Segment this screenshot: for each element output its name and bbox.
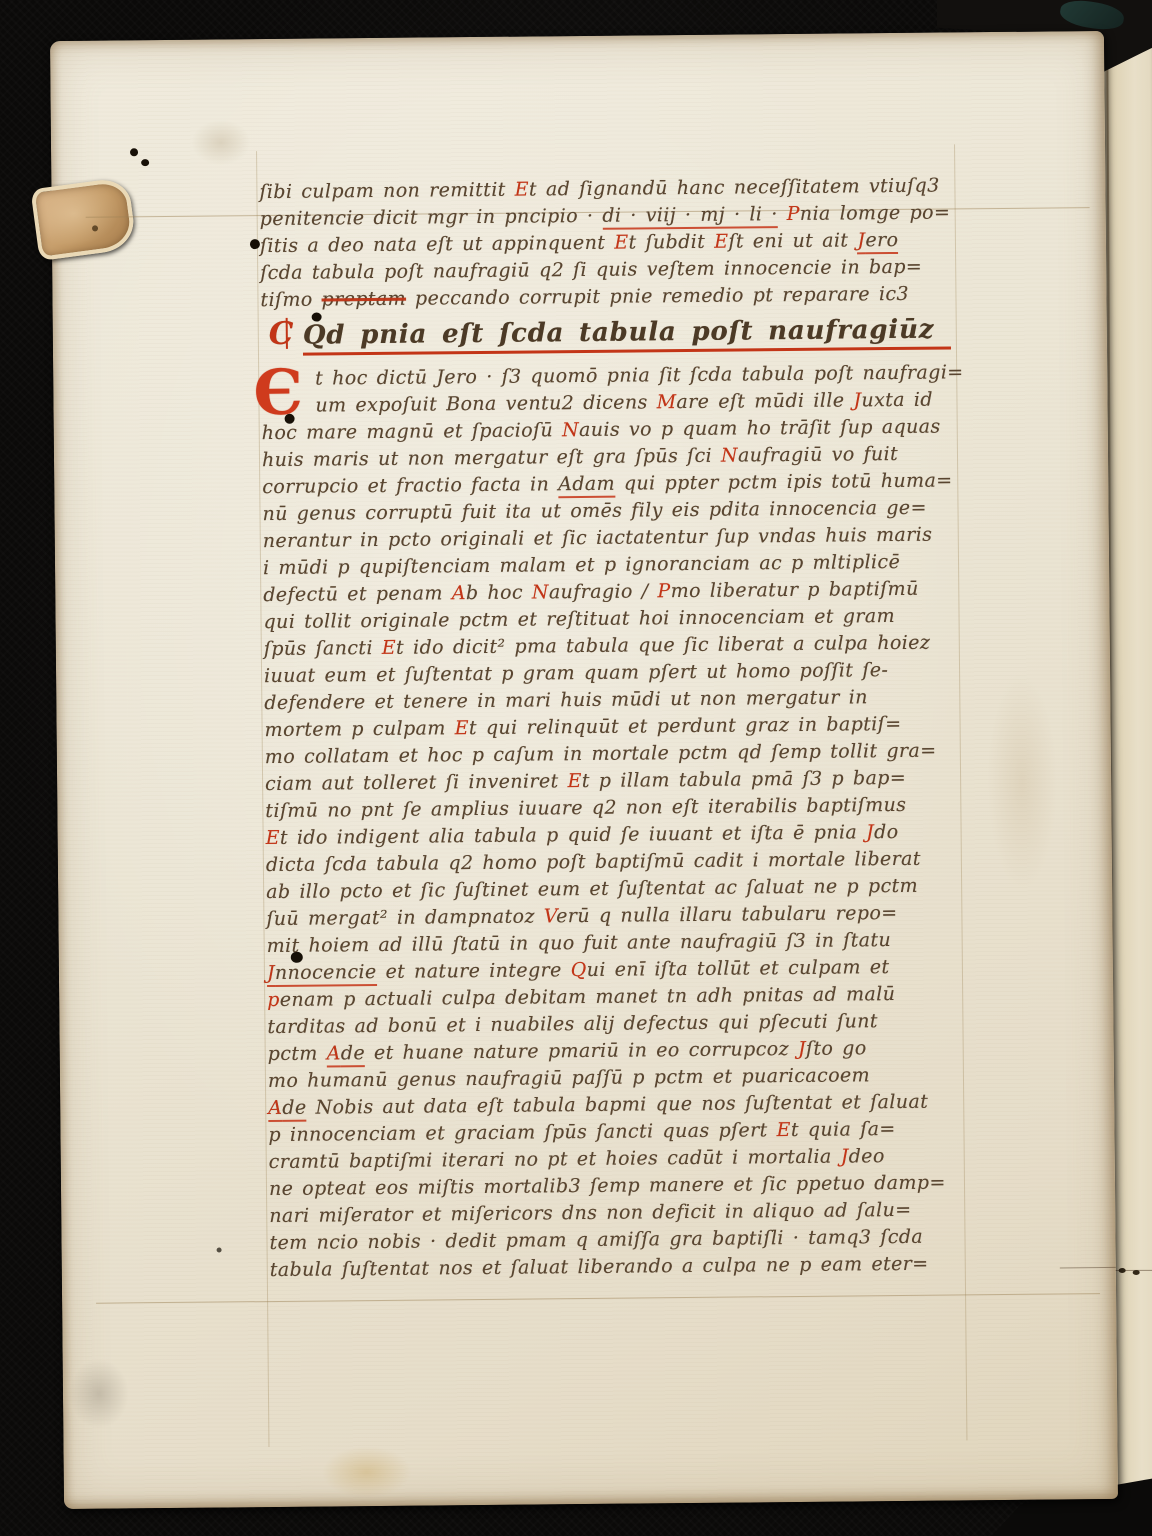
rubricated-segment: A xyxy=(327,1042,341,1067)
manuscript-photo: ſibi culpam non remittit Et ad ſignandū … xyxy=(0,0,1152,1536)
stain xyxy=(321,1446,411,1499)
text-segment: nerantur in pcto originali et ſic iactat… xyxy=(263,524,933,552)
text-segment: penitencie dicit mgr in pncipio · xyxy=(260,205,603,230)
text-segment: t hoc dictū Jero · ſ3 quomō pnia ſit ſcd… xyxy=(315,361,964,389)
text-segment: et huane nature pmariū in eo corrupcoz xyxy=(365,1038,798,1064)
text-segment: aufragio / xyxy=(549,580,658,603)
text-segment: ſcda tabula poſt naufragiū q2 ſi quis ve… xyxy=(260,256,922,284)
text-segment: erū q nulla illaru tabularu repo= xyxy=(556,902,898,927)
text-segment: tabula ſuſtentat nos et ſaluat liberando… xyxy=(270,1253,929,1281)
text-segment: i mūdi p qupiſtenciam malam et p ignoran… xyxy=(263,551,900,579)
rubricated-segment: E xyxy=(777,1119,791,1141)
text-segment: are eſt mūdi ille xyxy=(676,389,853,413)
rubricated-segment: N xyxy=(721,445,738,467)
smudge xyxy=(191,119,251,166)
text-segment: dicta ſcda tabula q2 homo poſt baptiſmū … xyxy=(266,848,921,876)
rubricated-segment: Adam xyxy=(558,473,615,499)
text-segment: qui tollit originale pctm et reſtituat h… xyxy=(263,605,895,633)
text-segment: defendere et tenere in mari huis mūdi ut… xyxy=(264,686,868,714)
text-segment: ſt eni ut ait xyxy=(728,229,857,252)
text-segment: pctm xyxy=(268,1042,327,1065)
text-segment: peccando corrupit pnie remedio pt repara… xyxy=(406,283,909,310)
text-segment: ab illo pcto et ſic ſuſtinet eum et ſuſt… xyxy=(266,875,918,903)
text-segment: ui enī iſta tollūt et culpam et xyxy=(587,956,890,981)
text-segment: tem ncio nobis · dedit pmam q amiſſa gra… xyxy=(269,1226,923,1254)
decorated-initial: Є xyxy=(247,368,309,419)
text-segment: tiſmū no pnt ſe amplius iuuare q2 non eſ… xyxy=(265,794,906,822)
text-segment: defectū et penam xyxy=(263,582,452,606)
text-segment: auis vo p quam ho trāſit ſup aquas xyxy=(579,416,941,441)
rubricated-segment: E xyxy=(614,232,628,254)
rubricated-segment: de xyxy=(282,1097,306,1122)
stitch-hole xyxy=(1119,1268,1126,1273)
text-segment: ne opteat eos miſtis mortalib3 ſemp mane… xyxy=(269,1172,946,1200)
ink-spot xyxy=(130,148,138,156)
text-segment: mo liberatur p baptiſmū xyxy=(671,578,919,602)
binding-stitch-line xyxy=(1060,1267,1116,1269)
leather-index-tab xyxy=(30,177,137,261)
manuscript-page: ſibi culpam non remittit Et ad ſignandū … xyxy=(50,31,1118,1509)
rubricated-segment: di · viij · mj · li · xyxy=(602,203,778,230)
rubricated-segment: J xyxy=(267,962,275,987)
text-segment: aufragiū vo fuit xyxy=(738,443,898,467)
ink-spot xyxy=(141,159,149,166)
rubricated-segment: A xyxy=(268,1097,282,1122)
text-segment: huis maris ut non mergatur eſt gra ſpūs … xyxy=(262,445,721,471)
text-line: tabula ſuſtentat nos et ſaluat liberando… xyxy=(270,1250,1010,1284)
text-segment: b hoc xyxy=(466,581,532,604)
text-segment: nari miſerator et miſericors dns non def… xyxy=(269,1199,911,1227)
rubricated-segment: P xyxy=(657,580,670,602)
text-segment: corrupcio et fractio facta in xyxy=(262,473,558,498)
text-segment: Nobis aut data eſt tabula bapmi que nos … xyxy=(306,1091,928,1119)
text-segment: t qui relinquūt et perdunt graz in bapti… xyxy=(469,713,902,739)
text-segment: nia lomge po= xyxy=(800,201,951,224)
text-segment: t p illam tabula pmā ſ3 p bap= xyxy=(582,767,906,792)
text-segment: cramtū baptiſmi iterari no pt et hoies c… xyxy=(269,1146,841,1173)
text-segment: qui ppter pctm ipis totū huma= xyxy=(615,469,953,494)
rubric-heading-text: Qd pnia eſt ſcda tabula poſt naufragiūz xyxy=(303,314,951,355)
text-segment: mo humanū genus naufragiū paſſū p pctm e… xyxy=(268,1064,870,1092)
text-segment: ſuū mergat² in dampnatoz xyxy=(266,905,544,930)
text-segment xyxy=(778,203,787,225)
smudge xyxy=(69,1358,130,1429)
text-segment: t ſubdit xyxy=(628,231,714,254)
paragraph-first: ſibi culpam non remittit Et ad ſignandū … xyxy=(259,172,1000,314)
rubricated-segment: J xyxy=(853,389,861,411)
rubricated-segment: M xyxy=(657,391,677,413)
ink-spot xyxy=(217,1248,222,1253)
text-segment: ſibi culpam non remittit xyxy=(259,179,514,203)
text-segment: mit hoiem ad illū ſtatū in quo fuit ante… xyxy=(267,929,892,957)
rubricated-segment: preptam xyxy=(322,288,407,311)
text-segment: t ido dicit² pma tabula que ſic liberat … xyxy=(396,632,930,659)
text-segment: deo xyxy=(849,1145,885,1167)
paragraph-main: Є t hoc dictū Jero · ſ3 quomō pnia ſit ſ… xyxy=(261,359,1010,1284)
rubricated-segment: J xyxy=(841,1145,849,1167)
rubricated-segment: E xyxy=(515,179,529,201)
rubricated-segment: A xyxy=(452,582,466,604)
text-segment: do xyxy=(874,821,899,843)
text-segment: nū genus corruptū fuit ita ut omēs fily … xyxy=(262,497,927,525)
text-segment: uxta id xyxy=(861,389,933,412)
text-line: tiſmo preptam peccando corrupit pnie rem… xyxy=(260,280,1000,314)
text-segment: ſitis a deo nata eſt ut appinquent xyxy=(260,232,615,257)
rubricated-segment: E xyxy=(714,231,728,253)
text-segment: tiſmo xyxy=(260,288,321,311)
rubricated-segment: nnocencie xyxy=(275,961,377,987)
text-segment: um expoſuit Bona ventu2 dicens xyxy=(315,391,656,416)
text-segment: mo collatam et hoc p caſum in mortale pc… xyxy=(265,740,937,768)
rubricated-segment: de xyxy=(341,1042,365,1067)
rubric-heading: CQd pnia eſt ſcda tabula poſt naufragiūz xyxy=(269,314,1001,361)
text-segment: t ad ſignandū hanc neceſſitatem vtiuſq3 xyxy=(529,175,940,201)
text-block: ſibi culpam non remittit Et ad ſignandū … xyxy=(259,172,1010,1284)
rubricated-segment: P xyxy=(787,203,800,225)
rubricated-segment: E xyxy=(567,770,581,792)
text-segment: t quia ſa= xyxy=(791,1118,896,1141)
binding-cloth xyxy=(1058,0,1125,33)
text-segment: ciam aut tolleret ſi inveniret xyxy=(265,770,568,795)
rubricated-segment: Q xyxy=(571,959,587,981)
rubricated-segment: ero xyxy=(865,229,898,254)
rubricated-segment: V xyxy=(544,905,557,927)
paragraph-mark-icon: C xyxy=(269,316,294,352)
text-segment: tarditas ad bonū et i nuabiles alij defe… xyxy=(267,1010,878,1038)
rubricated-segment: p xyxy=(267,989,280,1011)
text-segment: enam p actuali culpa debitam manet tn ad… xyxy=(280,983,896,1011)
tab-spot xyxy=(92,225,99,232)
ruling-line-bottom xyxy=(96,1293,1100,1304)
rubricated-segment: E xyxy=(382,637,396,659)
text-segment: et nature integre xyxy=(376,959,570,983)
text-segment: ſto go xyxy=(806,1037,867,1060)
text-segment: ſpūs ſancti xyxy=(264,637,382,660)
rubricated-segment: E xyxy=(266,827,280,849)
text-segment: hoc mare magnū et ſpacioſū xyxy=(262,419,562,444)
text-segment: mortem p culpam xyxy=(264,717,454,741)
rubricated-segment: E xyxy=(455,717,469,739)
rubricated-segment: N xyxy=(532,581,549,603)
text-segment: iuuat eum et ſuſtentat p gram quam pſert… xyxy=(264,659,888,687)
ink-spot xyxy=(250,239,260,249)
rubricated-segment: N xyxy=(562,419,579,441)
text-segment: t ido indigent alia tabula p quid ſe iuu… xyxy=(280,821,866,849)
text-segment: p innocenciam et graciam ſpūs ſancti qua… xyxy=(268,1119,776,1146)
stitch-hole xyxy=(1133,1270,1140,1275)
